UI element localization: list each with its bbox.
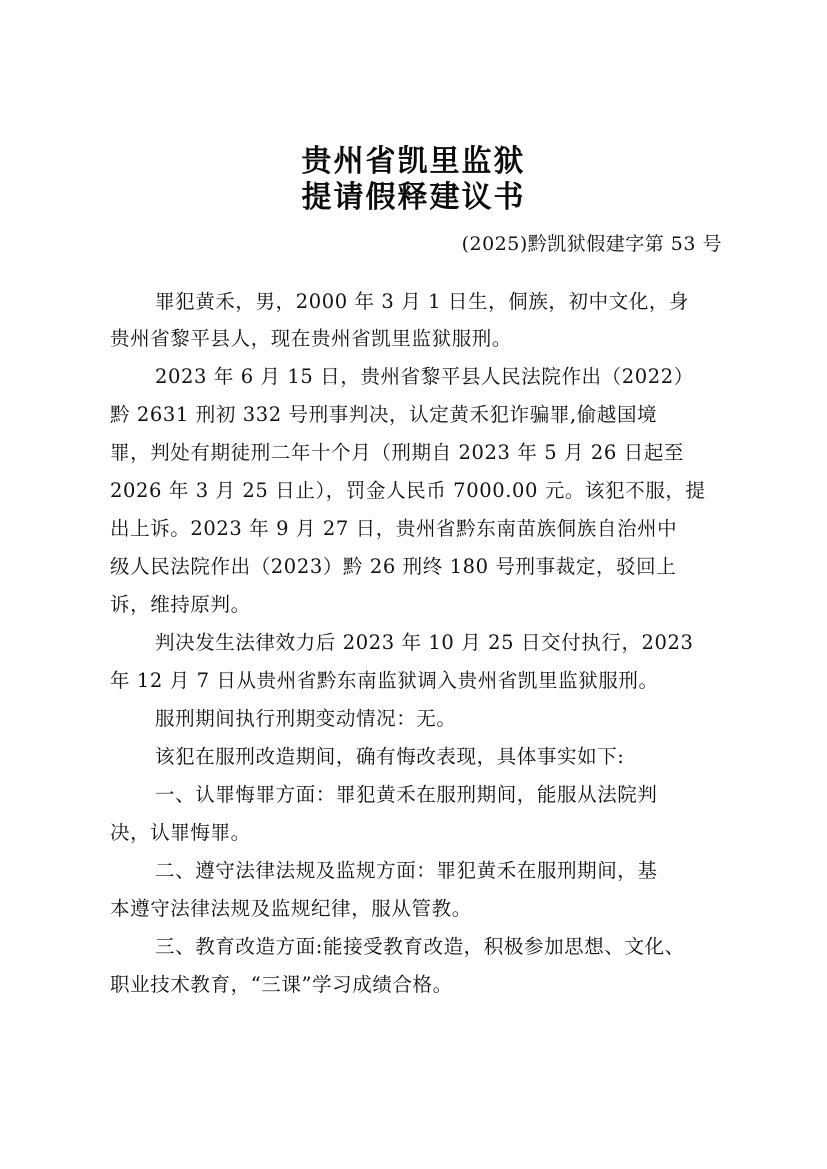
paragraph-line: 决，认罪悔罪。: [110, 819, 251, 847]
document-page: 贵州省凯里监狱 提请假释建议书 (2025)黔凯狱假建字第 53 号 罪犯黄禾，…: [0, 0, 827, 1169]
paragraph-line: 出上诉。2023 年 9 月 27 日，贵州省黔东南苗族侗族自治州中: [110, 515, 677, 543]
paragraph-line: 2026 年 3 月 25 日止），罚金人民币 7000.00 元。该犯不服，提: [110, 477, 706, 505]
paragraph-line: 职业技术教育，“三课”学习成绩合格。: [110, 971, 453, 999]
paragraph-line: 2023 年 6 月 15 日，贵州省黎平县人民法院作出（2022）: [155, 363, 694, 391]
paragraph-line: 二、遵守法律法规及监规方面：罪犯黄禾在服刑期间，基: [155, 857, 658, 885]
paragraph-line: 该犯在服刑改造期间，确有悔改表现，具体事实如下:: [155, 743, 624, 771]
paragraph-line: 罪，判处有期徒刑二年十个月（刑期自 2023 年 5 月 26 日起至: [110, 439, 684, 467]
document-reference-number: (2025)黔凯狱假建字第 53 号: [462, 230, 722, 258]
paragraph-line: 贵州省黎平县人，现在贵州省凯里监狱服刑。: [110, 325, 512, 353]
paragraph-line: 本遵守法律法规及监规纪律，服从管教。: [110, 895, 472, 923]
paragraph-line: 黔 2631 刑初 332 号刑事判决，认定黄禾犯诈骗罪,偷越国境: [110, 401, 657, 429]
paragraph-line: 级人民法院作出（2023）黔 26 刑终 180 号刑事裁定，驳回上: [110, 553, 676, 581]
document-title-type: 提请假释建议书: [0, 180, 827, 216]
paragraph-line: 诉，维持原判。: [110, 591, 251, 619]
paragraph-line: 一、认罪悔罪方面：罪犯黄禾在服刑期间，能服从法院判: [155, 781, 658, 809]
paragraph-line: 判决发生法律效力后 2023 年 10 月 25 日交付执行，2023: [155, 629, 694, 657]
paragraph-line: 罪犯黄禾，男，2000 年 3 月 1 日生，侗族，初中文化，身: [155, 288, 689, 316]
paragraph-line: 年 12 月 7 日从贵州省黔东南监狱调入贵州省凯里监狱服刑。: [110, 667, 659, 695]
document-title-organization: 贵州省凯里监狱: [0, 144, 827, 180]
paragraph-line: 三、教育改造方面:能接受教育改造，积极参加思想、文化、: [155, 933, 685, 961]
paragraph-line: 服刑期间执行刑期变动情况：无。: [155, 705, 457, 733]
